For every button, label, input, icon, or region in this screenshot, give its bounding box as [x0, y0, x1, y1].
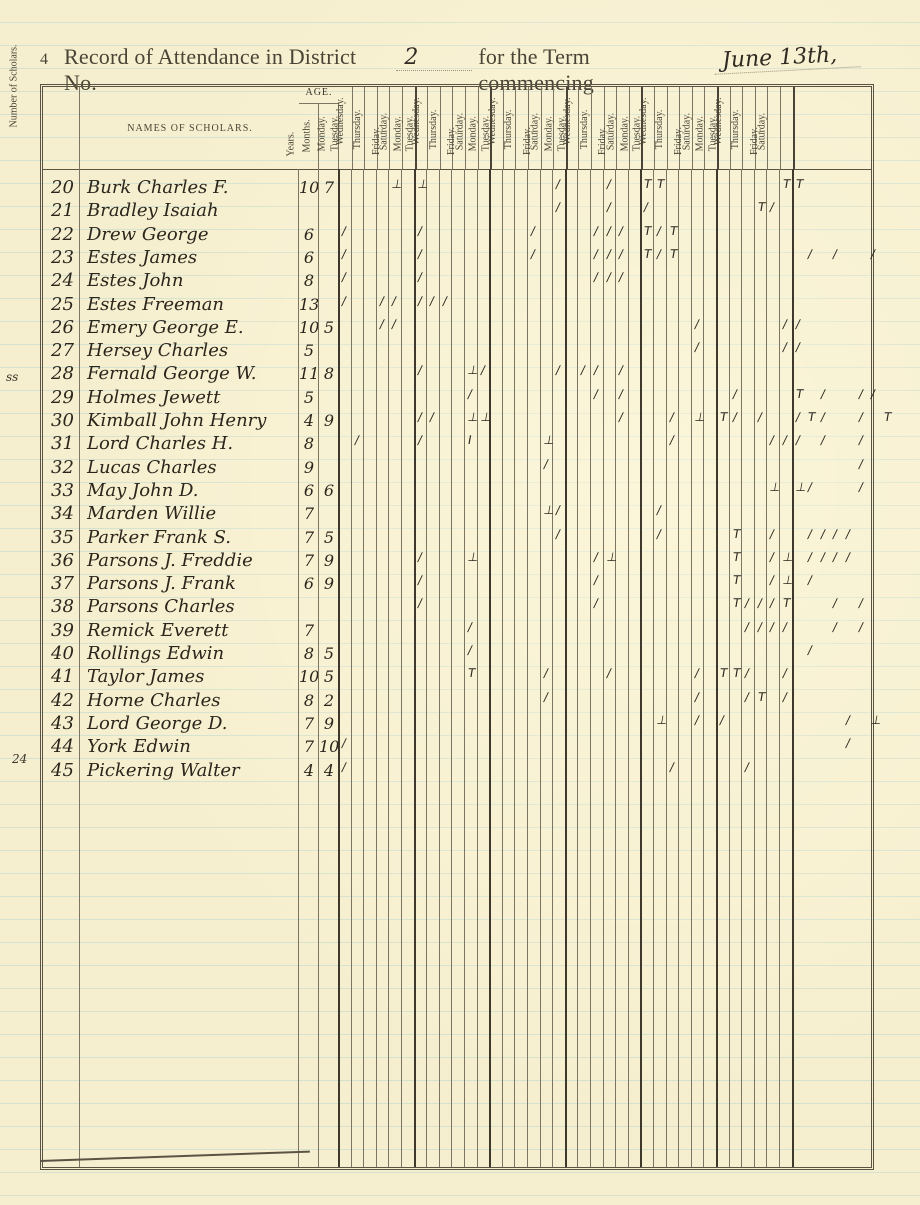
scholar-row: 26Emery George E.105 [43, 315, 871, 338]
scholar-number: 30 [51, 410, 79, 431]
day-label: Saturday. [379, 113, 390, 150]
scholar-row: 31Lord Charles H.8 [43, 431, 871, 454]
column-rule [552, 169, 553, 1167]
day-label: Monday. [468, 116, 479, 151]
scholar-row: 28Fernald George W.118 [43, 361, 871, 384]
day-label: Thursday. [428, 110, 439, 150]
scholar-row: 32Lucas Charles9 [43, 455, 871, 478]
age-months: 5 [319, 667, 339, 686]
attendance-mark: T [732, 574, 741, 586]
scholar-name: Drew George [87, 224, 297, 245]
day-header-week6-friday: Friday. [767, 87, 781, 169]
scholar-number: 28 [51, 363, 79, 384]
scholar-row: 21Bradley Isaiah [43, 198, 871, 221]
day-label: Saturday. [530, 113, 541, 150]
column-rule [502, 169, 503, 1167]
scholar-number: 22 [51, 224, 79, 245]
scholar-number: 27 [51, 340, 79, 361]
scholar-name: Marden Willie [87, 503, 297, 524]
column-rule [716, 169, 718, 1167]
column-rule [754, 169, 755, 1167]
column-rule [464, 169, 465, 1167]
age-years: 8 [299, 691, 319, 710]
scholar-name: Remick Everett [87, 620, 297, 641]
scholar-name: Estes Freeman [87, 294, 297, 315]
column-rule [640, 169, 642, 1167]
scholar-name: Lord Charles H. [87, 433, 297, 454]
scholar-name: Pickering Walter [87, 760, 297, 781]
column-rule [577, 169, 578, 1167]
day-label: Wednesday. [411, 97, 422, 145]
age-months: 5 [319, 644, 339, 663]
scholar-number: 20 [51, 177, 79, 198]
day-label: Wednesday. [638, 97, 649, 145]
attendance-mark: T [883, 411, 892, 423]
scholar-number: 34 [51, 503, 79, 524]
column-rule [653, 169, 654, 1167]
day-label: Saturday. [757, 113, 768, 150]
attendance-mark: ⊥ [606, 551, 619, 563]
scholar-row: 22Drew George6 [43, 222, 871, 245]
age-years: 10 [299, 178, 319, 197]
day-label: Thursday. [503, 110, 514, 150]
scholar-row: 44York Edwin710 [43, 734, 871, 757]
day-label: Saturday. [605, 113, 616, 150]
age-years: 8 [299, 434, 319, 453]
term-start-date: June 13th, [713, 41, 860, 75]
age-months: 10 [319, 737, 339, 756]
age-months: 9 [319, 411, 339, 430]
scholar-row: 37Parsons J. Frank69 [43, 571, 871, 594]
column-rule [489, 169, 491, 1167]
attendance-mark: ⊥ [694, 411, 707, 423]
column-header-row: Number of Scholars. NAMES OF SCHOLARS. A… [43, 87, 871, 170]
age-years: 6 [299, 225, 319, 244]
attendance-ledger: Number of Scholars. NAMES OF SCHOLARS. A… [40, 84, 874, 1170]
scholar-row: 20Burk Charles F.107 [43, 175, 871, 198]
column-rule [477, 169, 478, 1167]
scholar-name: Parsons Charles [87, 596, 297, 617]
scholar-number: 38 [51, 596, 79, 617]
age-months: 9 [319, 574, 339, 593]
day-label: Wednesday. [336, 97, 347, 145]
scholar-number: 43 [51, 713, 79, 734]
column-rule [439, 169, 440, 1167]
scholar-number: 39 [51, 620, 79, 641]
page-header: 4 Record of Attendance in District No. 2… [40, 44, 860, 78]
column-rule [401, 169, 402, 1167]
attendance-mark: T [795, 388, 804, 400]
names-of-scholars-header: NAMES OF SCHOLARS. [81, 87, 299, 169]
scholar-number: 25 [51, 294, 79, 315]
scholar-row: 29Holmes Jewett5 [43, 385, 871, 408]
column-rule [615, 169, 616, 1167]
age-years: 4 [299, 761, 319, 780]
day-header-week6-saturday: Saturday. [780, 87, 795, 169]
column-rule [414, 169, 416, 1167]
scholar-name: Parsons J. Freddie [87, 550, 297, 571]
age-months: 9 [319, 714, 339, 733]
age-months: 4 [319, 761, 339, 780]
age-years: 4 [299, 411, 319, 430]
age-years: 7 [299, 504, 319, 523]
attendance-mark: T [795, 178, 804, 190]
scholar-name: Estes John [87, 270, 297, 291]
age-years: 8 [299, 271, 319, 290]
age-years: 7 [299, 621, 319, 640]
attendance-mark: ⊥ [543, 434, 556, 446]
attendance-mark: ⊥ [782, 551, 795, 563]
age-years: 11 [299, 364, 319, 383]
scholar-number: 41 [51, 666, 79, 687]
attendance-mark: ⊥ [656, 714, 669, 726]
day-label: Monday. [544, 116, 555, 151]
attendance-mark: T [732, 528, 741, 540]
scholar-number: 21 [51, 200, 79, 221]
column-rule [729, 169, 730, 1167]
column-rule [338, 169, 340, 1167]
day-label: Wednesday. [562, 97, 573, 145]
scholar-name: Holmes Jewett [87, 387, 297, 408]
scholar-name: Fernald George W. [87, 363, 297, 384]
scholar-number: 35 [51, 527, 79, 548]
age-years: 10 [299, 667, 319, 686]
age-years: 10 [299, 318, 319, 337]
attendance-mark: ⊥ [480, 411, 493, 423]
scholar-number: 32 [51, 457, 79, 478]
scholar-name: Parker Frank S. [87, 527, 297, 548]
age-months: 5 [319, 528, 339, 547]
scholar-name: Horne Charles [87, 690, 297, 711]
page-number: 4 [40, 51, 48, 69]
day-label: Monday. [695, 116, 706, 151]
column-rule [703, 169, 704, 1167]
column-rule [540, 169, 541, 1167]
age-months: 8 [319, 364, 339, 383]
scholar-number: 40 [51, 643, 79, 664]
scholar-name: York Edwin [87, 736, 297, 757]
attendance-mark: ⊥ [795, 481, 808, 493]
scholar-number: 23 [51, 247, 79, 268]
attendance-mark: T [669, 248, 678, 260]
margin-note: 24 [12, 752, 27, 766]
scholar-number: 24 [51, 270, 79, 291]
age-years: 7 [299, 714, 319, 733]
column-rule [792, 169, 794, 1167]
age-years: 6 [299, 481, 319, 500]
day-label: Wednesday. [714, 97, 725, 145]
years-label: Years. [285, 132, 296, 157]
day-label: Saturday. [681, 113, 692, 150]
column-rule [388, 169, 389, 1167]
day-label: Thursday. [655, 110, 666, 150]
months-label: Months. [301, 119, 312, 152]
column-rule [318, 169, 319, 1167]
day-label: Thursday. [730, 110, 741, 150]
column-rule [603, 169, 604, 1167]
column-rule [79, 169, 80, 1167]
column-rule [666, 169, 667, 1167]
scholar-row: 43Lord George D.79 [43, 711, 871, 734]
scholar-number: 45 [51, 760, 79, 781]
age-months: 7 [319, 178, 339, 197]
scholar-number: 29 [51, 387, 79, 408]
number-of-scholars-header: Number of Scholars. [43, 87, 80, 169]
age-years: 7 [299, 528, 319, 547]
scholar-name: Lord George D. [87, 713, 297, 734]
age-header: AGE. [299, 87, 339, 104]
scholar-number: 44 [51, 736, 79, 757]
attendance-mark: T [732, 551, 741, 563]
scholar-name: Emery George E. [87, 317, 297, 338]
column-rule [363, 169, 364, 1167]
age-months: 6 [319, 481, 339, 500]
district-number: 2 [396, 45, 472, 71]
age-years: 7 [299, 737, 319, 756]
scholar-number: 26 [51, 317, 79, 338]
day-label: Monday. [392, 116, 403, 151]
attendance-mark: ⊥ [543, 504, 556, 516]
scholar-row: 35Parker Frank S.75 [43, 525, 871, 548]
attendance-mark: ⊥ [467, 411, 480, 423]
day-label: Monday. [619, 116, 630, 151]
age-years: 8 [299, 644, 319, 663]
column-rule [741, 169, 742, 1167]
scholar-name: Rollings Edwin [87, 643, 297, 664]
day-label: Saturday. [454, 113, 465, 150]
scholar-row: 27Hersey Charles5 [43, 338, 871, 361]
column-rule [590, 169, 591, 1167]
column-rule [298, 169, 299, 1167]
scholar-name: Estes James [87, 247, 297, 268]
scholar-row: 40Rollings Edwin85 [43, 641, 871, 664]
day-label: Wednesday. [487, 97, 498, 145]
scholar-row: 34Marden Willie7 [43, 501, 871, 524]
age-years: 6 [299, 574, 319, 593]
column-rule [628, 169, 629, 1167]
age-years: 5 [299, 341, 319, 360]
column-rule [351, 169, 352, 1167]
scholar-name: Parsons J. Frank [87, 573, 297, 594]
age-years: 6 [299, 248, 319, 267]
day-label: Thursday. [579, 110, 590, 150]
age-years: 7 [299, 551, 319, 570]
scholar-row: 30Kimball John Henry49 [43, 408, 871, 431]
attendance-mark: ⊥ [782, 574, 795, 586]
age-months: 9 [319, 551, 339, 570]
column-rule [451, 169, 452, 1167]
scholar-row: 36Parsons J. Freddie79 [43, 548, 871, 571]
column-rule [779, 169, 780, 1167]
column-rule [426, 169, 427, 1167]
scholar-name: Lucas Charles [87, 457, 297, 478]
scholar-name: Bradley Isaiah [87, 200, 297, 221]
attendance-mark: T [669, 225, 678, 237]
scholar-number: 37 [51, 573, 79, 594]
age-months: 5 [319, 318, 339, 337]
scholar-name: Taylor James [87, 666, 297, 687]
scholar-number: 33 [51, 480, 79, 501]
day-label: Monday. [317, 116, 328, 151]
number-of-scholars-label: Number of Scholars. [8, 44, 19, 127]
scholar-name: May John D. [87, 480, 297, 501]
column-rule [527, 169, 528, 1167]
column-rule [766, 169, 767, 1167]
attendance-mark: ⊥ [467, 364, 480, 376]
scholar-row: 33May John D.66 [43, 478, 871, 501]
scholar-number: 31 [51, 433, 79, 454]
column-rule [678, 169, 679, 1167]
column-rule [376, 169, 377, 1167]
margin-note: ss [6, 370, 18, 384]
column-rule [565, 169, 567, 1167]
scholar-name: Kimball John Henry [87, 410, 297, 431]
age-years: 9 [299, 458, 319, 477]
day-label: Thursday. [352, 110, 363, 150]
age-years: 13 [299, 295, 319, 314]
scholar-number: 36 [51, 550, 79, 571]
column-rule [691, 169, 692, 1167]
attendance-mark: ⊥ [467, 551, 480, 563]
age-months: 2 [319, 691, 339, 710]
scholar-row: 23Estes James6 [43, 245, 871, 268]
attendance-mark: ⊥ [417, 178, 430, 190]
scholar-name: Hersey Charles [87, 340, 297, 361]
scholar-row: 25Estes Freeman13 [43, 292, 871, 315]
scholar-name: Burk Charles F. [87, 177, 297, 198]
attendance-mark: ⊥ [870, 714, 883, 726]
attendance-mark: / [870, 388, 876, 400]
column-rule [514, 169, 515, 1167]
scholar-row: 24Estes John8 [43, 268, 871, 291]
age-years: 5 [299, 388, 319, 407]
scholar-number: 42 [51, 690, 79, 711]
attendance-mark: / [870, 248, 876, 260]
